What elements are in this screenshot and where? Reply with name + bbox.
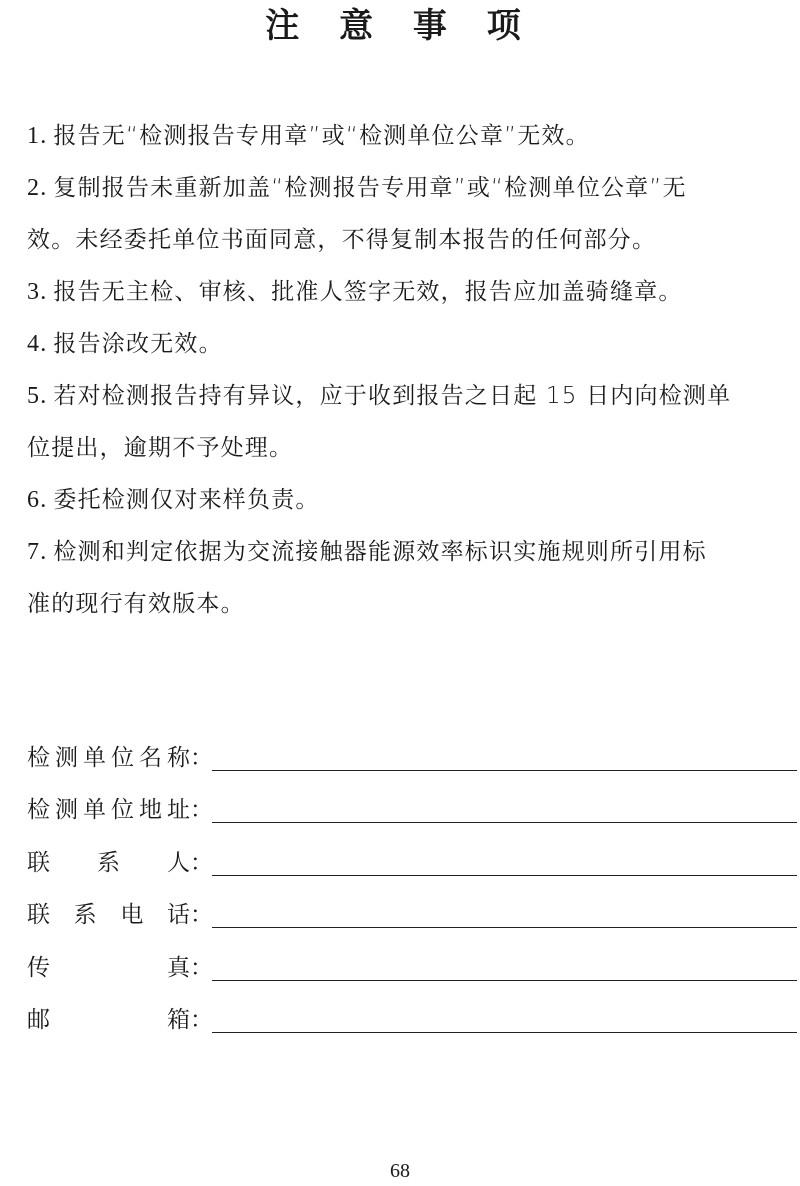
note-text: 报告无主检、审核、批准人签字无效，报告应加盖骑缝章。: [53, 279, 682, 305]
field-label: 检测单位地址：: [27, 794, 213, 826]
label-char: 人：: [167, 847, 213, 879]
note-number: 1.: [27, 123, 47, 149]
field-label: 联系人：: [27, 847, 213, 879]
contact-form: 检测单位名称： 检测单位地址： 联系人： 联系电话： 传真： 邮箱：: [27, 736, 797, 1050]
note-2-line-1: 2.复制报告未重新加盖“检测报告专用章”或“检测单位公章”无: [27, 162, 797, 214]
field-lab-address: 检测单位地址：: [27, 788, 797, 840]
label-char: 单: [83, 794, 106, 826]
label-char: 系: [97, 847, 120, 879]
note-number: 7.: [27, 539, 47, 565]
note-5-line-1: 5.若对检测报告持有异议，应于收到报告之日起 15 日内向检测单: [27, 370, 797, 422]
label-char: 真：: [167, 952, 213, 984]
field-fax: 传真：: [27, 946, 797, 998]
field-label: 传真：: [27, 952, 213, 984]
label-char: 邮: [27, 1004, 50, 1036]
note-number: 2.: [27, 175, 47, 201]
label-char: 测: [55, 742, 78, 774]
note-text: 复制报告未重新加盖“检测报告专用章”或“检测单位公章”无: [53, 175, 686, 201]
label-char: 检: [27, 794, 50, 826]
note-number: 5.: [27, 383, 47, 409]
label-char: 联: [27, 899, 50, 931]
label-char: 电: [120, 899, 143, 931]
field-contact-phone: 联系电话：: [27, 893, 797, 945]
page-title: 注 意 事 项: [0, 4, 800, 48]
note-7-line-1: 7.检测和判定依据为交流接触器能源效率标识实施规则所引用标: [27, 526, 797, 578]
lab-address-blank-line[interactable]: [212, 822, 797, 823]
note-text: 报告无“检测报告专用章”或“检测单位公章”无效。: [53, 123, 589, 149]
note-text: 委托检测仅对来样负责。: [53, 487, 319, 513]
label-char: 联: [27, 847, 50, 879]
field-label: 联系电话：: [27, 899, 213, 931]
page-number: 68: [0, 1160, 800, 1183]
label-char: 箱：: [167, 1004, 213, 1036]
label-char: 位: [111, 742, 134, 774]
label-char: 地: [139, 794, 162, 826]
field-label: 邮箱：: [27, 1004, 213, 1036]
note-7-line-2: 准的现行有效版本。: [27, 578, 797, 630]
label-char: 测: [55, 794, 78, 826]
note-number: 3.: [27, 279, 47, 305]
notes-list: 1.报告无“检测报告专用章”或“检测单位公章”无效。 2.复制报告未重新加盖“检…: [27, 110, 797, 630]
label-char: 检: [27, 742, 50, 774]
label-char: 位: [111, 794, 134, 826]
contact-phone-blank-line[interactable]: [212, 927, 797, 928]
field-lab-name: 检测单位名称：: [27, 736, 797, 788]
label-char: 系: [74, 899, 97, 931]
label-char: 话：: [167, 899, 213, 931]
label-char: 单: [83, 742, 106, 774]
field-email: 邮箱：: [27, 998, 797, 1050]
label-char: 名: [139, 742, 162, 774]
email-blank-line[interactable]: [212, 1032, 797, 1033]
contact-person-blank-line[interactable]: [212, 875, 797, 876]
note-6-line-1: 6.委托检测仅对来样负责。: [27, 474, 797, 526]
note-3-line-1: 3.报告无主检、审核、批准人签字无效，报告应加盖骑缝章。: [27, 266, 797, 318]
lab-name-blank-line[interactable]: [212, 770, 797, 771]
label-char: 址：: [167, 794, 213, 826]
note-text: 若对检测报告持有异议，应于收到报告之日起 15 日内向检测单: [53, 383, 731, 409]
label-char: 传: [27, 952, 50, 984]
note-text: 检测和判定依据为交流接触器能源效率标识实施规则所引用标: [53, 539, 706, 565]
note-5-line-2: 位提出，逾期不予处理。: [27, 422, 797, 474]
note-2-line-2: 效。未经委托单位书面同意，不得复制本报告的任何部分。: [27, 214, 797, 266]
note-1-line-1: 1.报告无“检测报告专用章”或“检测单位公章”无效。: [27, 110, 797, 162]
label-char: 称：: [167, 742, 213, 774]
fax-blank-line[interactable]: [212, 980, 797, 981]
note-number: 4.: [27, 331, 47, 357]
note-4-line-1: 4.报告涂改无效。: [27, 318, 797, 370]
field-contact-person: 联系人：: [27, 841, 797, 893]
note-number: 6.: [27, 487, 47, 513]
field-label: 检测单位名称：: [27, 742, 213, 774]
note-text: 报告涂改无效。: [53, 331, 222, 357]
